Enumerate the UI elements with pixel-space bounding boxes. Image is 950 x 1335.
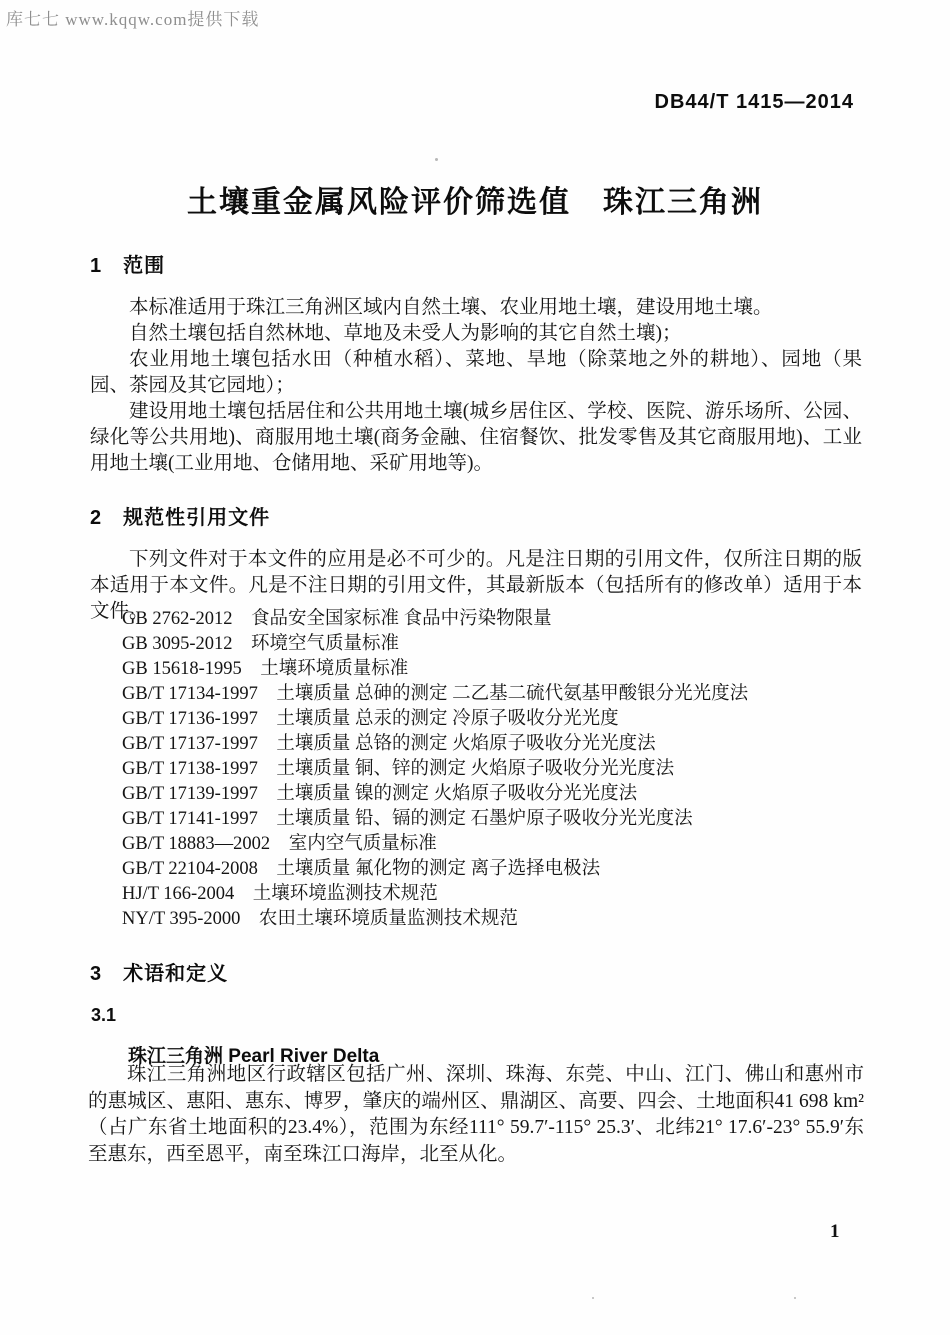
reference-item: GB/T 17138-1997土壤质量 铜、锌的测定 火焰原子吸收分光光度法 <box>122 757 862 782</box>
reference-code: GB/T 17134-1997 <box>122 682 258 707</box>
term-definition: 珠江三角洲地区行政辖区包括广州、深圳、珠海、东莞、中山、江门、佛山和惠州市的惠城… <box>88 1062 864 1168</box>
reference-title: 土壤质量 总汞的测定 冷原子吸收分光光度 <box>276 709 618 729</box>
reference-code: GB 15618-1995 <box>122 657 242 682</box>
page-number: 1 <box>830 1221 840 1243</box>
reference-item: GB/T 18883—2002室内空气质量标准 <box>122 832 862 857</box>
paragraph-natural-soil: 自然土壤包括自然林地、草地及未受人为影响的其它自然土壤)； <box>90 321 862 347</box>
reference-title: 农田土壤环境质量监测技术规范 <box>259 909 518 929</box>
reference-title: 环境空气质量标准 <box>251 634 399 654</box>
reference-title: 土壤环境监测技术规范 <box>253 884 438 904</box>
reference-code: GB/T 22104-2008 <box>122 857 258 882</box>
page-title: 土壤重金属风险评价筛选值 珠江三角洲 <box>0 177 950 221</box>
reference-item: GB/T 17136-1997土壤质量 总汞的测定 冷原子吸收分光光度 <box>122 707 862 732</box>
section-1-body: 本标准适用于珠江三角洲区域内自然土壤、农业用地土壤，建设用地土壤。 自然土壤包括… <box>90 295 862 477</box>
reference-code: GB/T 17136-1997 <box>122 707 258 732</box>
paragraph-scope-intro: 本标准适用于珠江三角洲区域内自然土壤、农业用地土壤，建设用地土壤。 <box>90 295 862 321</box>
reference-title: 土壤质量 镍的测定 火焰原子吸收分光光度法 <box>276 784 637 804</box>
reference-code: NY/T 395-2000 <box>122 907 240 932</box>
reference-code: GB 2762-2012 <box>122 607 233 632</box>
clause-number-3-1: 3.1 <box>91 1005 116 1026</box>
reference-code: HJ/T 166-2004 <box>122 882 234 907</box>
doc-number: DB44/T 1415—2014 <box>655 91 854 114</box>
scan-speck <box>794 1297 796 1299</box>
reference-code: GB 3095-2012 <box>122 632 233 657</box>
reference-item: GB 15618-1995土壤环境质量标准 <box>122 657 862 682</box>
document-page: 库七七 www.kqqw.com提供下载 DB44/T 1415—2014 土壤… <box>0 0 950 1335</box>
reference-title: 土壤质量 铅、镉的测定 石墨炉原子吸收分光光度法 <box>276 809 692 829</box>
paragraph-construction-soil: 建设用地土壤包括居住和公共用地土壤(城乡居住区、学校、医院、游乐场所、公园、绿化… <box>90 399 862 477</box>
scan-speck <box>435 158 438 161</box>
reference-title: 土壤质量 氟化物的测定 离子选择电极法 <box>276 859 600 879</box>
reference-title: 食品安全国家标准 食品中污染物限量 <box>251 609 552 629</box>
reference-item: GB/T 17134-1997土壤质量 总砷的测定 二乙基二硫代氨基甲酸银分光光… <box>122 682 862 707</box>
section-3-heading: 3 术语和定义 <box>90 957 228 986</box>
reference-item: GB/T 17139-1997土壤质量 镍的测定 火焰原子吸收分光光度法 <box>122 782 862 807</box>
reference-title: 土壤质量 总砷的测定 二乙基二硫代氨基甲酸银分光光度法 <box>276 684 748 704</box>
scan-speck <box>592 1297 594 1299</box>
reference-item: GB/T 22104-2008土壤质量 氟化物的测定 离子选择电极法 <box>122 857 862 882</box>
reference-code: GB/T 17137-1997 <box>122 732 258 757</box>
reference-title: 土壤质量 铜、锌的测定 火焰原子吸收分光光度法 <box>276 759 674 779</box>
section-2-heading: 2 规范性引用文件 <box>90 501 270 530</box>
reference-item: NY/T 395-2000农田土壤环境质量监测技术规范 <box>122 907 862 932</box>
reference-item: GB/T 17137-1997土壤质量 总铬的测定 火焰原子吸收分光光度法 <box>122 732 862 757</box>
reference-item: HJ/T 166-2004土壤环境监测技术规范 <box>122 882 862 907</box>
reference-title: 室内空气质量标准 <box>289 834 437 854</box>
paragraph-agricultural-soil: 农业用地土壤包括水田（种植水稻）、菜地、旱地（除菜地之外的耕地）、园地（果园、茶… <box>90 347 862 399</box>
watermark: 库七七 www.kqqw.com提供下载 <box>6 5 259 30</box>
reference-item: GB 3095-2012环境空气质量标准 <box>122 632 862 657</box>
section-1-heading: 1 范围 <box>90 249 165 278</box>
reference-code: GB/T 18883—2002 <box>122 832 270 857</box>
reference-code: GB/T 17138-1997 <box>122 757 258 782</box>
reference-title: 土壤环境质量标准 <box>260 659 408 679</box>
reference-item: GB 2762-2012食品安全国家标准 食品中污染物限量 <box>122 607 862 632</box>
reference-title: 土壤质量 总铬的测定 火焰原子吸收分光光度法 <box>276 734 655 754</box>
reference-code: GB/T 17139-1997 <box>122 782 258 807</box>
reference-list: GB 2762-2012食品安全国家标准 食品中污染物限量 GB 3095-20… <box>122 607 862 932</box>
reference-item: GB/T 17141-1997土壤质量 铅、镉的测定 石墨炉原子吸收分光光度法 <box>122 807 862 832</box>
reference-code: GB/T 17141-1997 <box>122 807 258 832</box>
